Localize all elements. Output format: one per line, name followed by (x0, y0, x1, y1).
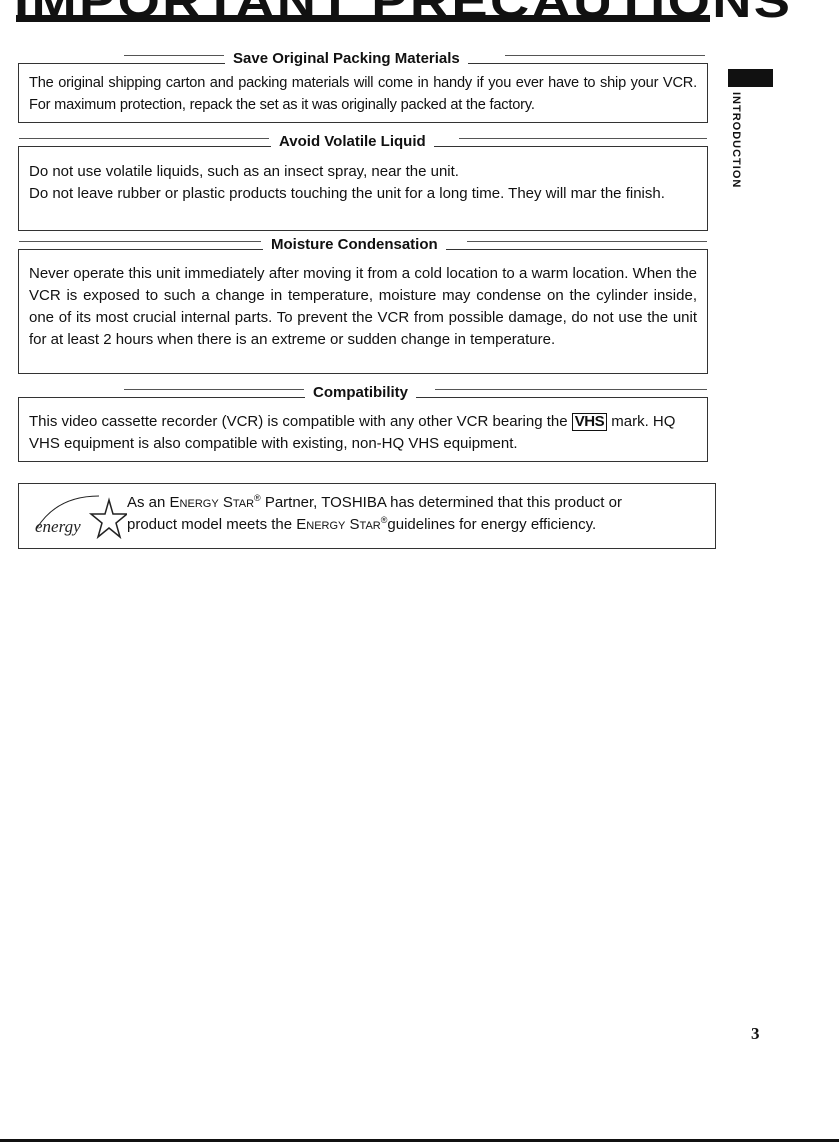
energy-star-text: As an Energy Star® Partner, TOSHIBA has … (127, 492, 622, 536)
text: Partner, TOSHIBA has determined that thi… (261, 494, 622, 511)
energy-star-logo-icon: energy (27, 488, 127, 544)
energy-line-2: product model meets the Energy Star®guid… (127, 514, 622, 536)
vhs-logo-icon: VHS (572, 413, 607, 431)
section-heading: Avoid Volatile Liquid (271, 133, 434, 151)
section-tab-marker (728, 69, 773, 87)
paragraph: Do not use volatile liquids, such as an … (29, 161, 697, 183)
heading-rule-left (124, 389, 304, 390)
paragraph: This video cassette recorder (VCR) is co… (29, 411, 697, 455)
section-heading: Compatibility (305, 384, 416, 402)
page-number: 3 (751, 1024, 760, 1044)
text: This video cassette recorder (VCR) is co… (29, 413, 572, 430)
section-body: Do not use volatile liquids, such as an … (29, 153, 697, 205)
paragraph: The original shipping carton and packing… (29, 72, 697, 116)
section-compatibility: Compatibility This video cassette record… (18, 397, 708, 462)
svg-text:energy: energy (35, 517, 81, 536)
heading-rule-right (467, 241, 707, 242)
section-body: The original shipping carton and packing… (29, 70, 697, 116)
heading-rule-left (124, 55, 224, 56)
section-moisture-condensation: Moisture Condensation Never operate this… (18, 249, 708, 374)
paragraph: Do not leave rubber or plastic products … (29, 183, 697, 205)
section-volatile-liquid: Avoid Volatile Liquid Do not use volatil… (18, 146, 708, 231)
energy-star-notice: energy As an Energy Star® Partner, TOSHI… (18, 483, 716, 549)
paragraph: Never operate this unit immediately afte… (29, 263, 697, 351)
heading-rule-left (19, 241, 261, 242)
energy-line-1: As an Energy Star® Partner, TOSHIBA has … (127, 492, 622, 514)
section-save-packing: Save Original Packing Materials The orig… (18, 63, 708, 123)
text: product model meets the (127, 516, 296, 533)
brand-name: Energy Star (296, 516, 380, 533)
section-body: Never operate this unit immediately afte… (29, 256, 697, 351)
text: As an (127, 494, 170, 511)
heading-rule-left (19, 138, 269, 139)
heading-rule-right (505, 55, 705, 56)
section-tab-label: INTRODUCTION (729, 92, 743, 212)
registered-mark: ® (254, 493, 261, 503)
text: guidelines for energy efficiency. (387, 516, 596, 533)
brand-name: Energy Star (170, 494, 254, 511)
section-body: This video cassette recorder (VCR) is co… (29, 404, 697, 455)
title-underline (16, 15, 710, 22)
heading-rule-right (459, 138, 707, 139)
heading-rule-right (435, 389, 707, 390)
section-heading: Moisture Condensation (263, 236, 446, 254)
section-heading: Save Original Packing Materials (225, 50, 468, 68)
